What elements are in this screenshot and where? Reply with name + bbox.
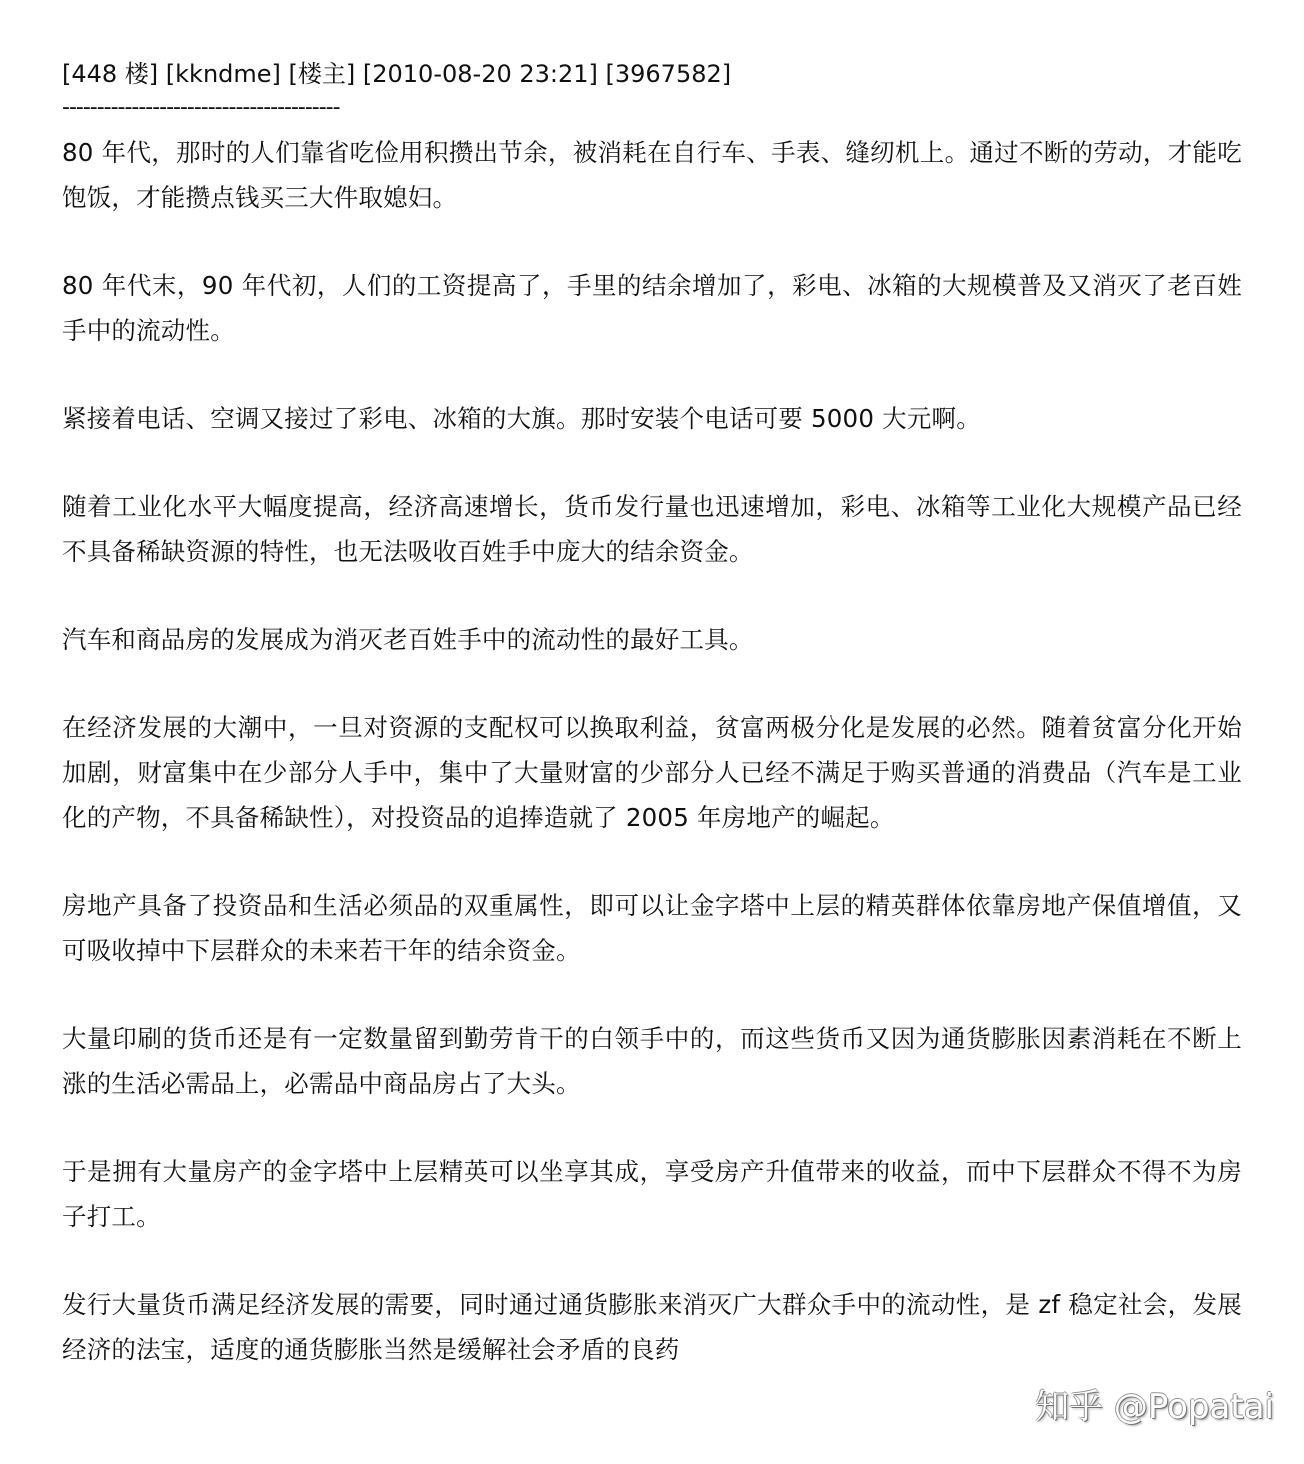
paragraph: 发行大量货币满足经济发展的需要，同时通过通货膨胀来消灭广大群众手中的流动性，是 … (62, 1282, 1242, 1372)
post-header: [448 楼] [kkndme] [楼主] [2010-08-20 23:21]… (62, 56, 1242, 92)
paragraph: 80 年代，那时的人们靠省吃俭用积攒出节余，被消耗在自行车、手表、缝纫机上。通过… (62, 130, 1242, 220)
zhihu-watermark: 知乎 @Popatai (1035, 1379, 1274, 1428)
separator-line: ---------------------------------------- (62, 96, 432, 120)
paragraph: 于是拥有大量房产的金字塔中上层精英可以坐享其成，享受房产升值带来的收益，而中下层… (62, 1149, 1242, 1239)
paragraph: 大量印刷的货币还是有一定数量留到勤劳肯干的白领手中的，而这些货币又因为通货膨胀因… (62, 1016, 1242, 1106)
paragraph: 80 年代末，90 年代初，人们的工资提高了，手里的结余增加了，彩电、冰箱的大规… (62, 263, 1242, 353)
paragraph: 紧接着电话、空调又接过了彩电、冰箱的大旗。那时安装个电话可要 5000 大元啊。 (62, 396, 1242, 441)
paragraph: 汽车和商品房的发展成为消灭老百姓手中的流动性的最好工具。 (62, 617, 1242, 662)
paragraph: 房地产具备了投资品和生活必须品的双重属性，即可以让金字塔中上层的精英群体依靠房地… (62, 883, 1242, 973)
paragraph: 随着工业化水平大幅度提高，经济高速增长，货币发行量也迅速增加，彩电、冰箱等工业化… (62, 484, 1242, 574)
forum-post: [448 楼] [kkndme] [楼主] [2010-08-20 23:21]… (62, 56, 1242, 1372)
paragraph: 在经济发展的大潮中，一旦对资源的支配权可以换取利益，贫富两极分化是发展的必然。随… (62, 705, 1242, 840)
